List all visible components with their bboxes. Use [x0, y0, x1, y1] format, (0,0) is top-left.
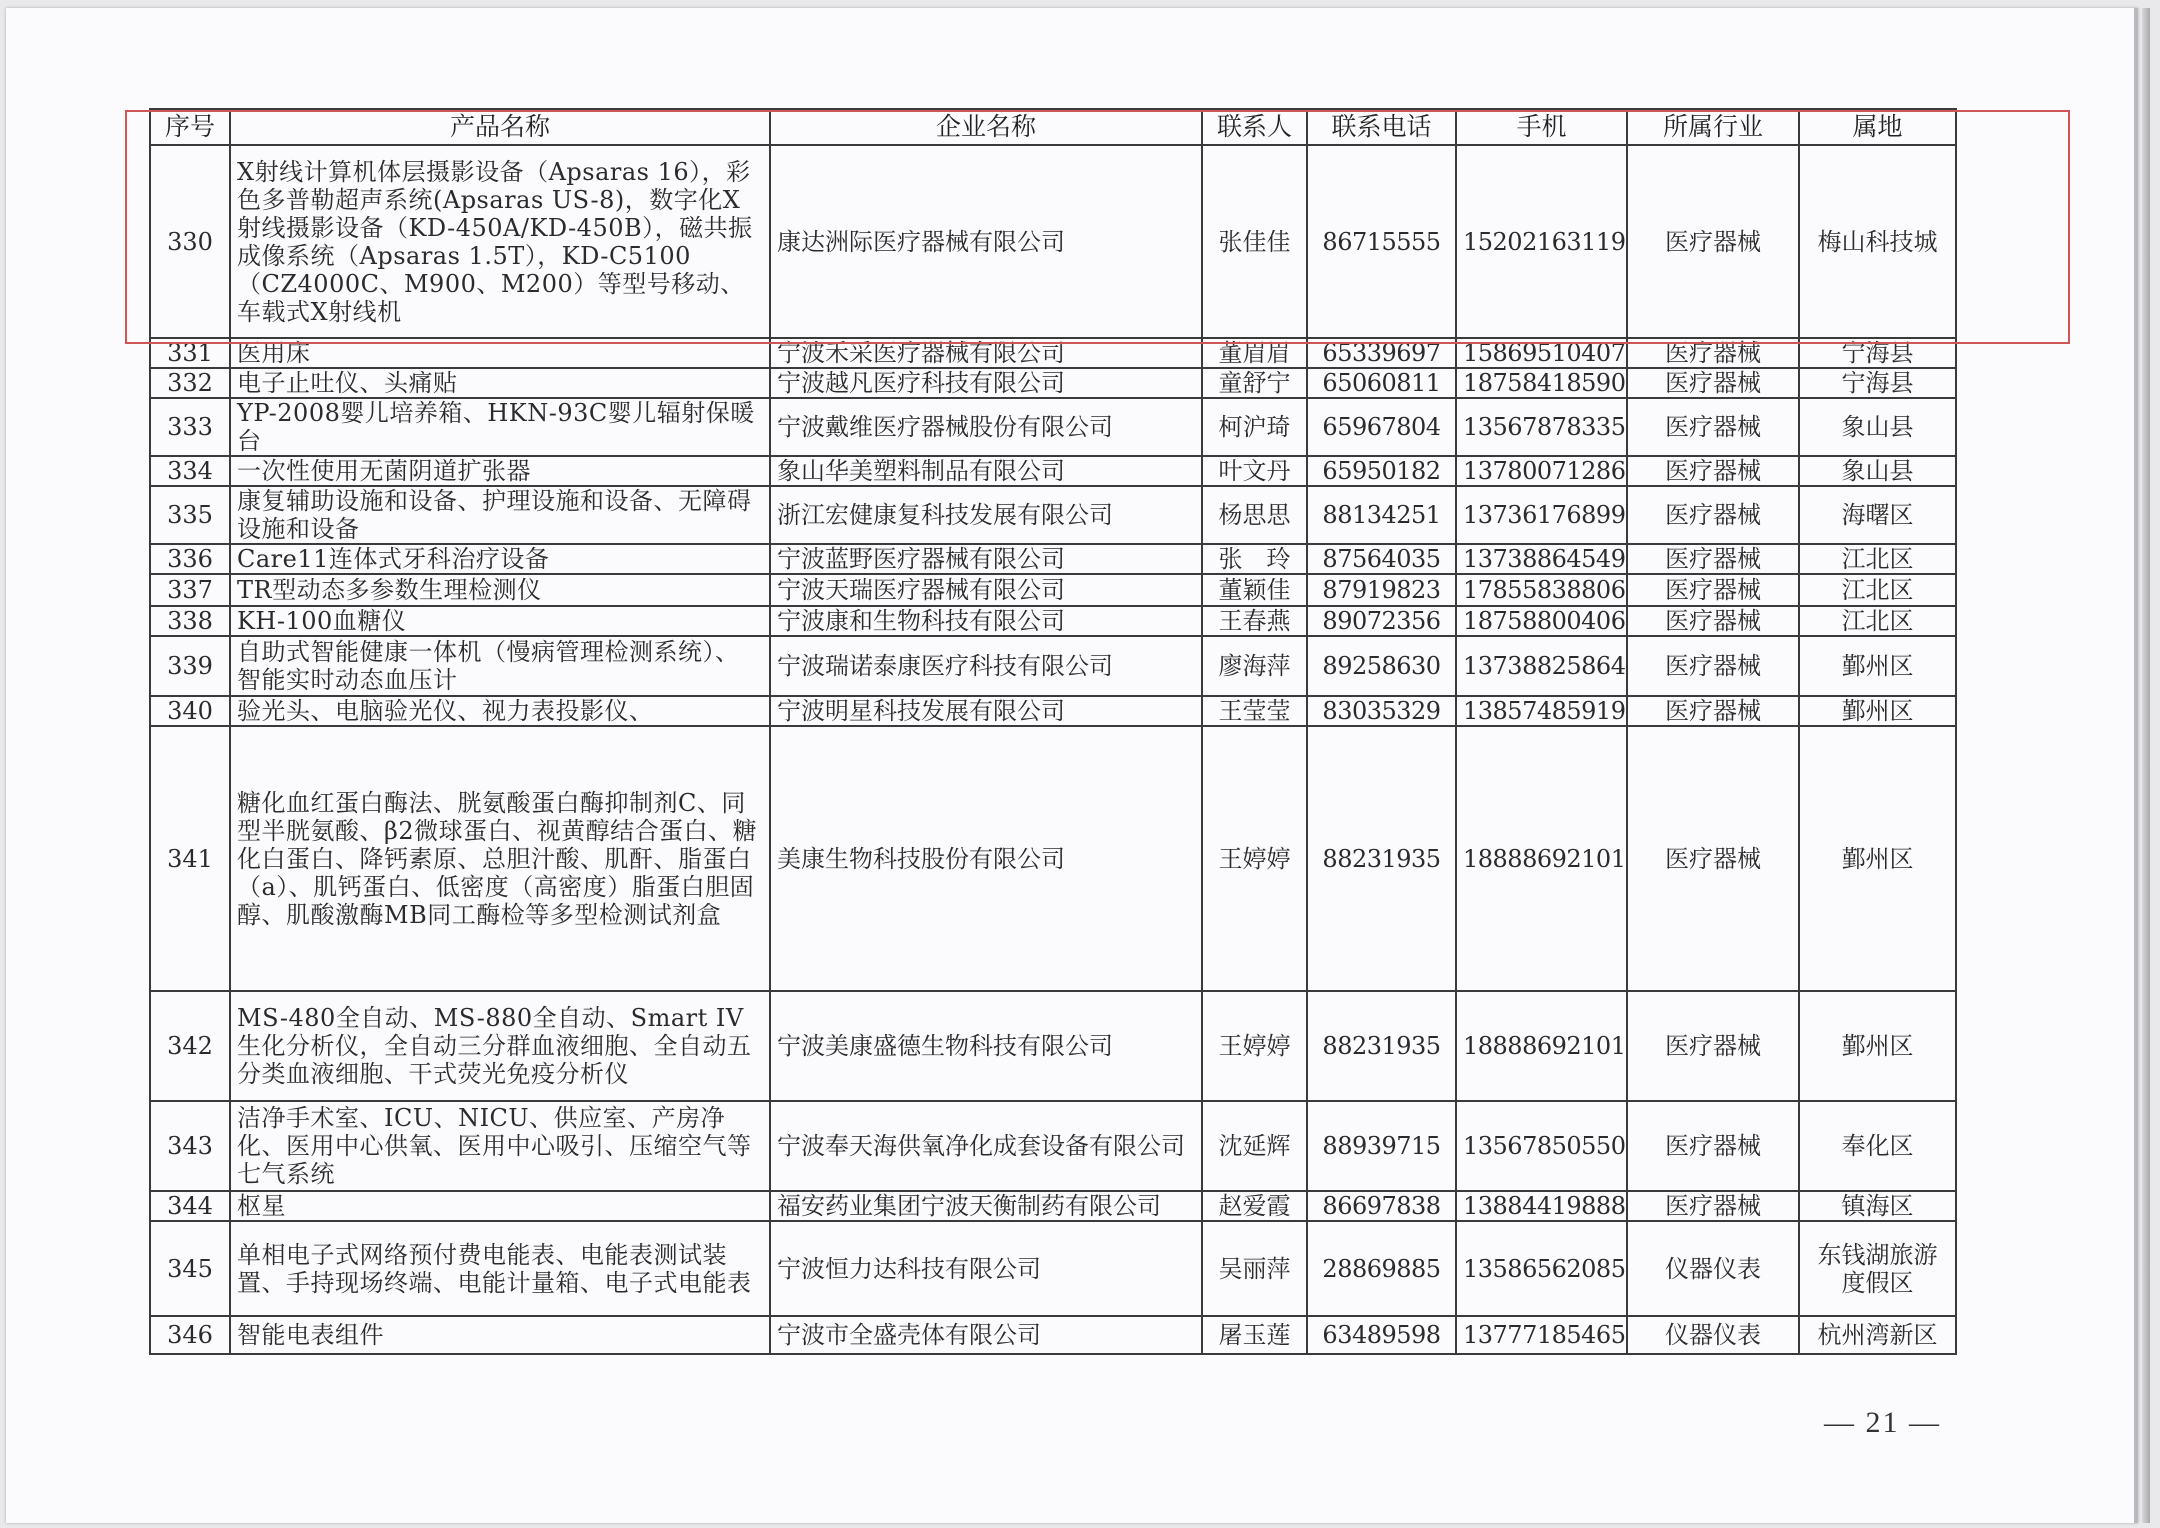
phone-number-cell: 28869885 — [1307, 1221, 1456, 1316]
row-number-cell: 336 — [150, 544, 230, 574]
mobile-number-cell: 15869510407 — [1456, 338, 1627, 368]
industry-cell: 仪器仪表 — [1627, 1316, 1799, 1354]
table-row: 346智能电表组件宁波市全盛壳体有限公司屠玉莲63489598137771854… — [150, 1316, 1956, 1354]
row-number-cell: 331 — [150, 338, 230, 368]
contact-person-cell: 张 玲 — [1202, 544, 1307, 574]
company-name-cell: 宁波戴维医疗器械股份有限公司 — [770, 398, 1202, 456]
table-row: 344枢星福安药业集团宁波天衡制药有限公司赵爱霞8669783813884419… — [150, 1191, 1956, 1221]
contact-person-cell: 王婷婷 — [1202, 726, 1307, 991]
header-phone: 联系电话 — [1307, 109, 1456, 145]
location-cell: 东钱湖旅游度假区 — [1799, 1221, 1956, 1316]
company-name-cell: 宁波美康盛德生物科技有限公司 — [770, 991, 1202, 1101]
contact-person-cell: 王春燕 — [1202, 606, 1307, 636]
company-name-cell: 福安药业集团宁波天衡制药有限公司 — [770, 1191, 1202, 1221]
mobile-number-cell: 18758418590 — [1456, 368, 1627, 398]
industry-cell: 医疗器械 — [1627, 636, 1799, 696]
contact-person-cell: 王婷婷 — [1202, 991, 1307, 1101]
phone-number-cell: 65950182 — [1307, 456, 1456, 486]
mobile-number-cell: 13567850550 — [1456, 1101, 1627, 1191]
table-row: 334一次性使用无菌阴道扩张器象山华美塑料制品有限公司叶文丹6595018213… — [150, 456, 1956, 486]
contact-person-cell: 赵爱霞 — [1202, 1191, 1307, 1221]
table-row: 330X射线计算机体层摄影设备（Apsaras 16），彩色多普勒超声系统(Ap… — [150, 145, 1956, 338]
header-mobile: 手机 — [1456, 109, 1627, 145]
mobile-number-cell: 17855838806 — [1456, 574, 1627, 606]
row-number-cell: 342 — [150, 991, 230, 1101]
phone-number-cell: 89258630 — [1307, 636, 1456, 696]
product-name-cell: 一次性使用无菌阴道扩张器 — [230, 456, 770, 486]
table-row: 339自助式智能健康一体机（慢病管理检测系统）、智能实时动态血压计宁波瑞诺泰康医… — [150, 636, 1956, 696]
company-name-cell: 象山华美塑料制品有限公司 — [770, 456, 1202, 486]
phone-number-cell: 88231935 — [1307, 726, 1456, 991]
mobile-number-cell: 15202163119 — [1456, 145, 1627, 338]
product-name-cell: 康复辅助设施和设备、护理设施和设备、无障碍设施和设备 — [230, 486, 770, 544]
location-cell: 宁海县 — [1799, 338, 1956, 368]
location-cell: 鄞州区 — [1799, 991, 1956, 1101]
company-name-cell: 宁波市全盛壳体有限公司 — [770, 1316, 1202, 1354]
mobile-number-cell: 13736176899 — [1456, 486, 1627, 544]
contact-person-cell: 沈延辉 — [1202, 1101, 1307, 1191]
contact-person-cell: 杨思思 — [1202, 486, 1307, 544]
table-row: 343洁净手术室、ICU、NICU、供应室、产房净化、医用中心供氧、医用中心吸引… — [150, 1101, 1956, 1191]
product-name-cell: 自助式智能健康一体机（慢病管理检测系统）、智能实时动态血压计 — [230, 636, 770, 696]
table-row: 332电子止吐仪、头痛贴宁波越凡医疗科技有限公司童舒宁6506081118758… — [150, 368, 1956, 398]
phone-number-cell: 86697838 — [1307, 1191, 1456, 1221]
mobile-number-cell: 13738864549 — [1456, 544, 1627, 574]
location-cell: 江北区 — [1799, 544, 1956, 574]
product-name-cell: 枢星 — [230, 1191, 770, 1221]
product-name-cell: TR型动态多参数生理检测仪 — [230, 574, 770, 606]
location-cell: 奉化区 — [1799, 1101, 1956, 1191]
row-number-cell: 339 — [150, 636, 230, 696]
location-cell: 杭州湾新区 — [1799, 1316, 1956, 1354]
company-name-cell: 宁波明星科技发展有限公司 — [770, 696, 1202, 726]
product-name-cell: 验光头、电脑验光仪、视力表投影仪、 — [230, 696, 770, 726]
industry-cell: 医疗器械 — [1627, 991, 1799, 1101]
row-number-cell: 332 — [150, 368, 230, 398]
mobile-number-cell: 13586562085 — [1456, 1221, 1627, 1316]
company-name-cell: 宁波瑞诺泰康医疗科技有限公司 — [770, 636, 1202, 696]
company-name-cell: 宁波恒力达科技有限公司 — [770, 1221, 1202, 1316]
row-number-cell: 343 — [150, 1101, 230, 1191]
mobile-number-cell: 18888692101 — [1456, 991, 1627, 1101]
company-name-cell: 宁波禾采医疗器械有限公司 — [770, 338, 1202, 368]
mobile-number-cell: 13567878335 — [1456, 398, 1627, 456]
mobile-number-cell: 18758800406 — [1456, 606, 1627, 636]
table-row: 333YP-2008婴儿培养箱、HKN-93C婴儿辐射保暖台宁波戴维医疗器械股份… — [150, 398, 1956, 456]
phone-number-cell: 88939715 — [1307, 1101, 1456, 1191]
location-cell: 象山县 — [1799, 398, 1956, 456]
product-name-cell: 医用床 — [230, 338, 770, 368]
row-number-cell: 341 — [150, 726, 230, 991]
header-company: 企业名称 — [770, 109, 1202, 145]
company-name-cell: 康达洲际医疗器械有限公司 — [770, 145, 1202, 338]
row-number-cell: 338 — [150, 606, 230, 636]
phone-number-cell: 65339697 — [1307, 338, 1456, 368]
product-name-cell: Care11连体式牙科治疗设备 — [230, 544, 770, 574]
location-cell: 江北区 — [1799, 574, 1956, 606]
phone-number-cell: 63489598 — [1307, 1316, 1456, 1354]
phone-number-cell: 89072356 — [1307, 606, 1456, 636]
industry-cell: 医疗器械 — [1627, 368, 1799, 398]
mobile-number-cell: 18888692101 — [1456, 726, 1627, 991]
industry-cell: 医疗器械 — [1627, 696, 1799, 726]
company-name-cell: 宁波越凡医疗科技有限公司 — [770, 368, 1202, 398]
product-name-cell: 糖化血红蛋白酶法、胱氨酸蛋白酶抑制剂C、同型半胱氨酸、β2微球蛋白、视黄醇结合蛋… — [230, 726, 770, 991]
location-cell: 海曙区 — [1799, 486, 1956, 544]
row-number-cell: 335 — [150, 486, 230, 544]
row-number-cell: 334 — [150, 456, 230, 486]
industry-cell: 医疗器械 — [1627, 456, 1799, 486]
enterprise-product-table: 序号 产品名称 企业名称 联系人 联系电话 手机 所属行业 属地 330X射线计… — [149, 108, 1957, 1355]
header-industry: 所属行业 — [1627, 109, 1799, 145]
phone-number-cell: 65060811 — [1307, 368, 1456, 398]
table-row: 336Care11连体式牙科治疗设备宁波蓝野医疗器械有限公司张 玲8756403… — [150, 544, 1956, 574]
company-name-cell: 宁波康和生物科技有限公司 — [770, 606, 1202, 636]
industry-cell: 医疗器械 — [1627, 338, 1799, 368]
company-name-cell: 美康生物科技股份有限公司 — [770, 726, 1202, 991]
industry-cell: 医疗器械 — [1627, 486, 1799, 544]
table-row: 331医用床宁波禾采医疗器械有限公司董眉眉6533969715869510407… — [150, 338, 1956, 368]
contact-person-cell: 张佳佳 — [1202, 145, 1307, 338]
phone-number-cell: 86715555 — [1307, 145, 1456, 338]
industry-cell: 医疗器械 — [1627, 398, 1799, 456]
row-number-cell: 344 — [150, 1191, 230, 1221]
mobile-number-cell: 13777185465 — [1456, 1316, 1627, 1354]
table-header-row: 序号 产品名称 企业名称 联系人 联系电话 手机 所属行业 属地 — [150, 109, 1956, 145]
page-number: — 21 — — [1824, 1406, 1941, 1440]
header-contact: 联系人 — [1202, 109, 1307, 145]
mobile-number-cell: 13738825864 — [1456, 636, 1627, 696]
location-cell: 鄞州区 — [1799, 696, 1956, 726]
location-cell: 梅山科技城 — [1799, 145, 1956, 338]
contact-person-cell: 廖海萍 — [1202, 636, 1307, 696]
row-number-cell: 337 — [150, 574, 230, 606]
row-number-cell: 345 — [150, 1221, 230, 1316]
industry-cell: 医疗器械 — [1627, 145, 1799, 338]
phone-number-cell: 87564035 — [1307, 544, 1456, 574]
phone-number-cell: 65967804 — [1307, 398, 1456, 456]
product-name-cell: X射线计算机体层摄影设备（Apsaras 16），彩色多普勒超声系统(Apsar… — [230, 145, 770, 338]
header-product: 产品名称 — [230, 109, 770, 145]
product-name-cell: YP-2008婴儿培养箱、HKN-93C婴儿辐射保暖台 — [230, 398, 770, 456]
product-name-cell: 洁净手术室、ICU、NICU、供应室、产房净化、医用中心供氧、医用中心吸引、压缩… — [230, 1101, 770, 1191]
industry-cell: 医疗器械 — [1627, 574, 1799, 606]
product-name-cell: KH-100血糖仪 — [230, 606, 770, 636]
mobile-number-cell: 13884419888 — [1456, 1191, 1627, 1221]
industry-cell: 医疗器械 — [1627, 606, 1799, 636]
product-name-cell: MS-480全自动、MS-880全自动、Smart IV 生化分析仪，全自动三分… — [230, 991, 770, 1101]
table-row: 340验光头、电脑验光仪、视力表投影仪、宁波明星科技发展有限公司王莹莹83035… — [150, 696, 1956, 726]
phone-number-cell: 83035329 — [1307, 696, 1456, 726]
location-cell: 江北区 — [1799, 606, 1956, 636]
contact-person-cell: 柯沪琦 — [1202, 398, 1307, 456]
product-name-cell: 电子止吐仪、头痛贴 — [230, 368, 770, 398]
table-row: 342MS-480全自动、MS-880全自动、Smart IV 生化分析仪，全自… — [150, 991, 1956, 1101]
contact-person-cell: 童舒宁 — [1202, 368, 1307, 398]
location-cell: 镇海区 — [1799, 1191, 1956, 1221]
row-number-cell: 346 — [150, 1316, 230, 1354]
table-row: 341糖化血红蛋白酶法、胱氨酸蛋白酶抑制剂C、同型半胱氨酸、β2微球蛋白、视黄醇… — [150, 726, 1956, 991]
table-row: 335康复辅助设施和设备、护理设施和设备、无障碍设施和设备浙江宏健康复科技发展有… — [150, 486, 1956, 544]
table-row: 337TR型动态多参数生理检测仪宁波天瑞医疗器械有限公司董颖佳879198231… — [150, 574, 1956, 606]
industry-cell: 仪器仪表 — [1627, 1221, 1799, 1316]
industry-cell: 医疗器械 — [1627, 726, 1799, 991]
contact-person-cell: 董眉眉 — [1202, 338, 1307, 368]
company-name-cell: 宁波蓝野医疗器械有限公司 — [770, 544, 1202, 574]
row-number-cell: 333 — [150, 398, 230, 456]
industry-cell: 医疗器械 — [1627, 544, 1799, 574]
contact-person-cell: 董颖佳 — [1202, 574, 1307, 606]
product-name-cell: 单相电子式网络预付费电能表、电能表测试装置、手持现场终端、电能计量箱、电子式电能… — [230, 1221, 770, 1316]
location-cell: 象山县 — [1799, 456, 1956, 486]
row-number-cell: 330 — [150, 145, 230, 338]
location-cell: 宁海县 — [1799, 368, 1956, 398]
table-row: 338KH-100血糖仪宁波康和生物科技有限公司王春燕8907235618758… — [150, 606, 1956, 636]
product-name-cell: 智能电表组件 — [230, 1316, 770, 1354]
contact-person-cell: 叶文丹 — [1202, 456, 1307, 486]
table-row: 345单相电子式网络预付费电能表、电能表测试装置、手持现场终端、电能计量箱、电子… — [150, 1221, 1956, 1316]
industry-cell: 医疗器械 — [1627, 1101, 1799, 1191]
phone-number-cell: 88134251 — [1307, 486, 1456, 544]
page-edge — [2142, 8, 2150, 1523]
contact-person-cell: 屠玉莲 — [1202, 1316, 1307, 1354]
industry-cell: 医疗器械 — [1627, 1191, 1799, 1221]
mobile-number-cell: 13857485919 — [1456, 696, 1627, 726]
company-name-cell: 宁波天瑞医疗器械有限公司 — [770, 574, 1202, 606]
contact-person-cell: 王莹莹 — [1202, 696, 1307, 726]
location-cell: 鄞州区 — [1799, 636, 1956, 696]
location-cell: 鄞州区 — [1799, 726, 1956, 991]
row-number-cell: 340 — [150, 696, 230, 726]
header-location: 属地 — [1799, 109, 1956, 145]
company-name-cell: 浙江宏健康复科技发展有限公司 — [770, 486, 1202, 544]
header-no: 序号 — [150, 109, 230, 145]
phone-number-cell: 87919823 — [1307, 574, 1456, 606]
company-name-cell: 宁波奉天海供氧净化成套设备有限公司 — [770, 1101, 1202, 1191]
contact-person-cell: 吴丽萍 — [1202, 1221, 1307, 1316]
mobile-number-cell: 13780071286 — [1456, 456, 1627, 486]
phone-number-cell: 88231935 — [1307, 991, 1456, 1101]
